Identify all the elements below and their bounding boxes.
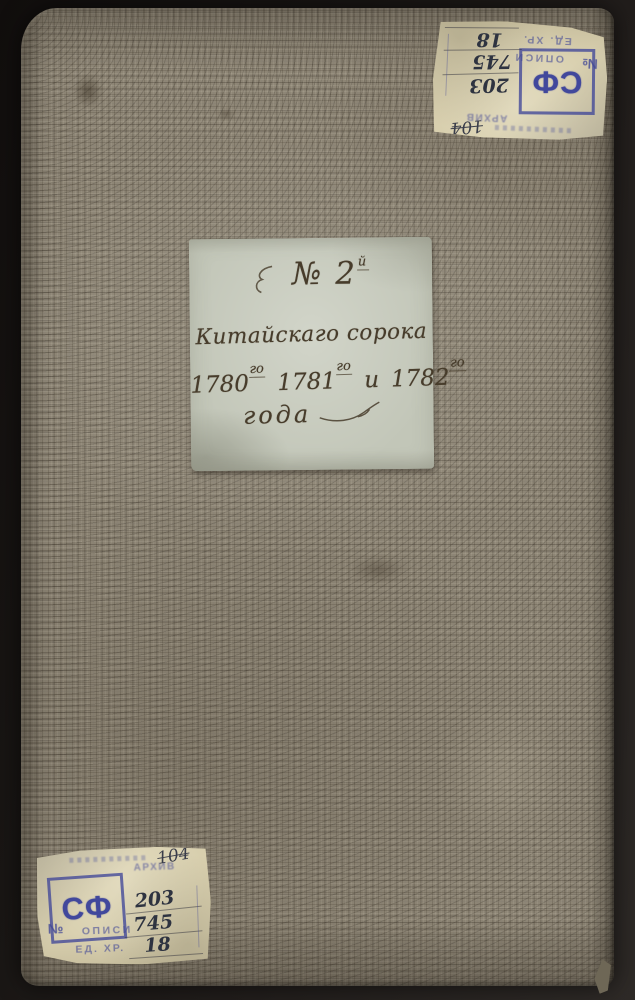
title-label: № 2й Китайскаго сорока 1780го1781гои1782… [189, 237, 434, 472]
year-word: года [243, 400, 312, 430]
title-year-word-line: года [190, 397, 434, 432]
cover-stain [73, 74, 103, 108]
sf-stamp-letters: СФ [60, 889, 113, 928]
archive-label-top: АРХИВ 104 СФ № ОПИСИ ЕД. ХР. 203 745 18 [431, 18, 610, 142]
title-number-line: № 2й [189, 253, 432, 294]
numero-sign: № [292, 256, 324, 292]
edhr-number: 18 [128, 932, 203, 959]
year-suffix: го [449, 355, 466, 372]
fond-number: 203 [443, 72, 520, 96]
title-district-line: Китайскаго сорока [189, 319, 433, 351]
year-suffix: го [335, 359, 352, 376]
cover-stain [349, 556, 407, 584]
year-1782: 1782 [391, 365, 450, 393]
conjunction: и [364, 367, 380, 393]
form-numero: № [47, 920, 63, 937]
form-numero: № [582, 56, 598, 73]
edhr-number: 18 [445, 27, 519, 50]
year-1781: 1781 [277, 368, 336, 396]
form-edhr-label: ЕД. ХР. [522, 33, 572, 47]
opis-number: 745 [444, 49, 522, 72]
year-1780: 1780 [190, 371, 249, 399]
frayed-thread [591, 959, 615, 996]
book-cover: № 2й Китайскаго сорока 1780го1781гои1782… [21, 8, 614, 986]
ink-swash [317, 400, 382, 424]
cover-worn-patch [441, 698, 561, 848]
faded-stamp-line [491, 125, 571, 133]
crossed-out-number: 104 [156, 844, 191, 869]
sf-stamp-letters: СФ [531, 63, 582, 99]
number-value: 2 [335, 256, 357, 292]
photo-stage: № 2й Китайскаго сорока 1780го1781гои1782… [0, 0, 635, 1000]
archive-label-bottom: АРХИВ 104 СФ № ОПИСИ ЕД. ХР. 203 745 18 [35, 845, 213, 968]
form-edhr-label: ЕД. ХР. [75, 942, 125, 956]
year-suffix: го [248, 361, 265, 378]
crossed-out-number: 104 [450, 115, 484, 138]
title-years-line: 1780го1781гои1782го [190, 356, 434, 399]
ink-flourish [252, 266, 278, 302]
cover-stain [217, 108, 235, 120]
number-suffix: й [357, 254, 370, 270]
